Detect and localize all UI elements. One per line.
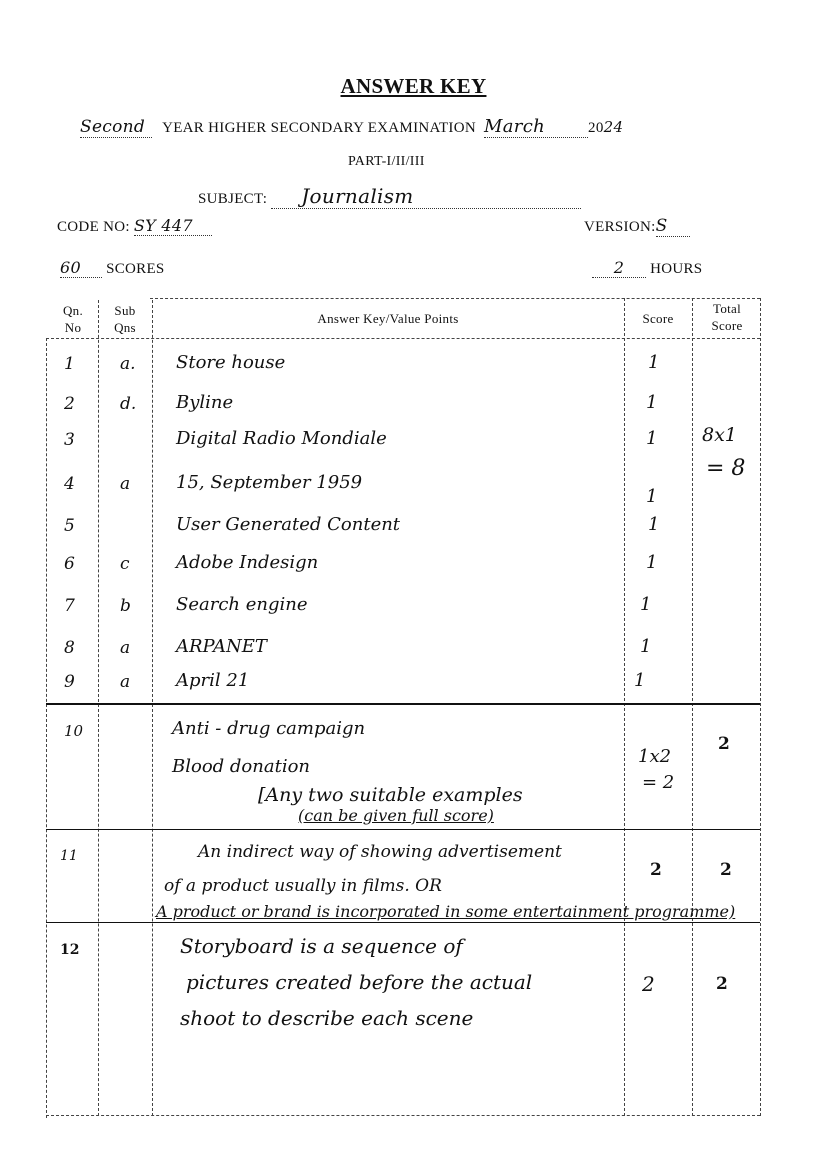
q12-total: 2 — [716, 974, 728, 994]
scores-line: 60 SCORES — [60, 258, 165, 278]
col-divider-sub — [152, 300, 153, 1116]
version-label: VERSION: — [584, 219, 656, 235]
answer-text: ARPANET — [176, 636, 267, 657]
row-score: 1 — [646, 392, 657, 413]
exam-line: Second YEAR HIGHER SECONDARY EXAMINATION… — [80, 116, 623, 138]
question-number: 6 — [64, 554, 75, 574]
version-line: VERSION:S — [584, 216, 690, 237]
sub-question: a — [120, 638, 130, 658]
row-divider-10-11 — [46, 829, 760, 830]
year-prefix: 20 — [588, 120, 604, 136]
code-label: CODE NO: — [57, 219, 130, 235]
answer-text: 15, September 1959 — [176, 472, 362, 493]
sub-question: b — [120, 596, 131, 616]
col-header-total: TotalScore — [694, 300, 760, 334]
part-label: PART-I/II/III — [348, 154, 425, 170]
answer-text: Digital Radio Mondiale — [176, 428, 387, 449]
answer-text: Store house — [176, 352, 285, 373]
q10-answer-note-2: (can be given full score) — [298, 806, 494, 825]
question-number: 3 — [64, 430, 75, 450]
q10-number: 10 — [64, 722, 83, 740]
q12-number: 12 — [60, 942, 79, 958]
table-left-border — [46, 338, 47, 1118]
q11-answer-line2: of a product usually in films. OR — [164, 876, 442, 896]
sub-question: a — [120, 672, 130, 692]
subject-label: SUBJECT: — [198, 191, 267, 207]
hours-label: HOURS — [650, 261, 702, 277]
q10-total: 2 — [718, 734, 730, 754]
q11-score: 2 — [650, 860, 662, 880]
answer-text: User Generated Content — [176, 514, 400, 535]
q11-number: 11 — [60, 848, 78, 864]
row-score: 1 — [648, 514, 659, 535]
header-divider — [46, 338, 760, 339]
version-value: S — [656, 216, 690, 237]
row-score: 1 — [634, 670, 645, 691]
row-score: 1 — [640, 594, 651, 615]
question-number: 8 — [64, 638, 75, 658]
sub-question: a. — [120, 354, 136, 374]
sub-question: a — [120, 474, 130, 494]
table-top-border — [150, 298, 760, 299]
table-bottom-border — [46, 1115, 760, 1116]
question-number: 5 — [64, 516, 75, 536]
q12-answer-line1: Storyboard is a sequence of — [180, 934, 463, 958]
col-divider-answer — [624, 298, 625, 1116]
year-suffix: 24 — [604, 118, 624, 136]
q10-score-value: = 2 — [642, 772, 674, 793]
col-header-qn: Qn.No — [50, 302, 96, 336]
answer-text: Byline — [176, 392, 233, 413]
scores-label: SCORES — [106, 261, 165, 277]
row-score: 1 — [646, 552, 657, 573]
q11-total: 2 — [720, 860, 732, 880]
exam-label: YEAR HIGHER SECONDARY EXAMINATION — [162, 120, 476, 136]
q10-score-calc: 1x2 — [638, 746, 671, 767]
col-header-answer: Answer Key/Value Points — [154, 310, 622, 327]
code-line: CODE NO: SY 447 — [57, 216, 212, 236]
question-number: 9 — [64, 672, 75, 692]
hours-line: 2 HOURS — [592, 258, 702, 278]
q12-answer-line3: shoot to describe each scene — [180, 1006, 473, 1030]
row-score: 1 — [646, 428, 657, 449]
group-total-value: = 8 — [706, 456, 745, 481]
answer-text: Adobe Indesign — [176, 552, 318, 573]
subject-line: SUBJECT: Journalism — [198, 184, 581, 209]
year-value: Second — [80, 117, 152, 138]
page-title: ANSWER KEY — [0, 74, 827, 99]
q12-answer-line2: pictures created before the actual — [186, 970, 532, 994]
answer-text: Search engine — [176, 594, 307, 615]
question-number: 7 — [64, 596, 75, 616]
hours-value: 2 — [592, 258, 646, 278]
row-score: 1 — [648, 352, 659, 373]
col-divider-score — [692, 298, 693, 1116]
row-divider-9-10 — [46, 703, 760, 705]
question-number: 4 — [64, 474, 75, 494]
question-number: 2 — [64, 394, 75, 414]
answer-text: April 21 — [176, 670, 249, 691]
q10-answer-line1: Anti - drug campaign — [172, 718, 365, 739]
code-value: SY 447 — [134, 216, 212, 236]
row-divider-11-12 — [46, 922, 760, 923]
q12-score: 2 — [642, 972, 655, 996]
table-right-border — [760, 298, 761, 1116]
scores-value: 60 — [60, 258, 102, 278]
col-header-sub: SubQns — [100, 302, 150, 336]
q11-answer-line3: A product or brand is incorporated in so… — [156, 902, 735, 921]
month-value: March — [484, 116, 588, 138]
group-total-calc: 8x1 — [702, 424, 737, 446]
subject-value: Journalism — [271, 184, 581, 209]
row-score: 1 — [640, 636, 651, 657]
sub-question: c — [120, 554, 130, 574]
sub-question: d. — [120, 394, 136, 414]
q10-answer-note: [Any two suitable examples — [258, 784, 523, 806]
q11-answer-line1: An indirect way of showing advertisement — [198, 842, 562, 862]
row-score: 1 — [646, 486, 657, 507]
col-divider-qn — [98, 300, 99, 1116]
question-number: 1 — [64, 354, 75, 374]
col-header-score: Score — [626, 310, 690, 327]
q10-answer-line2: Blood donation — [172, 756, 310, 777]
